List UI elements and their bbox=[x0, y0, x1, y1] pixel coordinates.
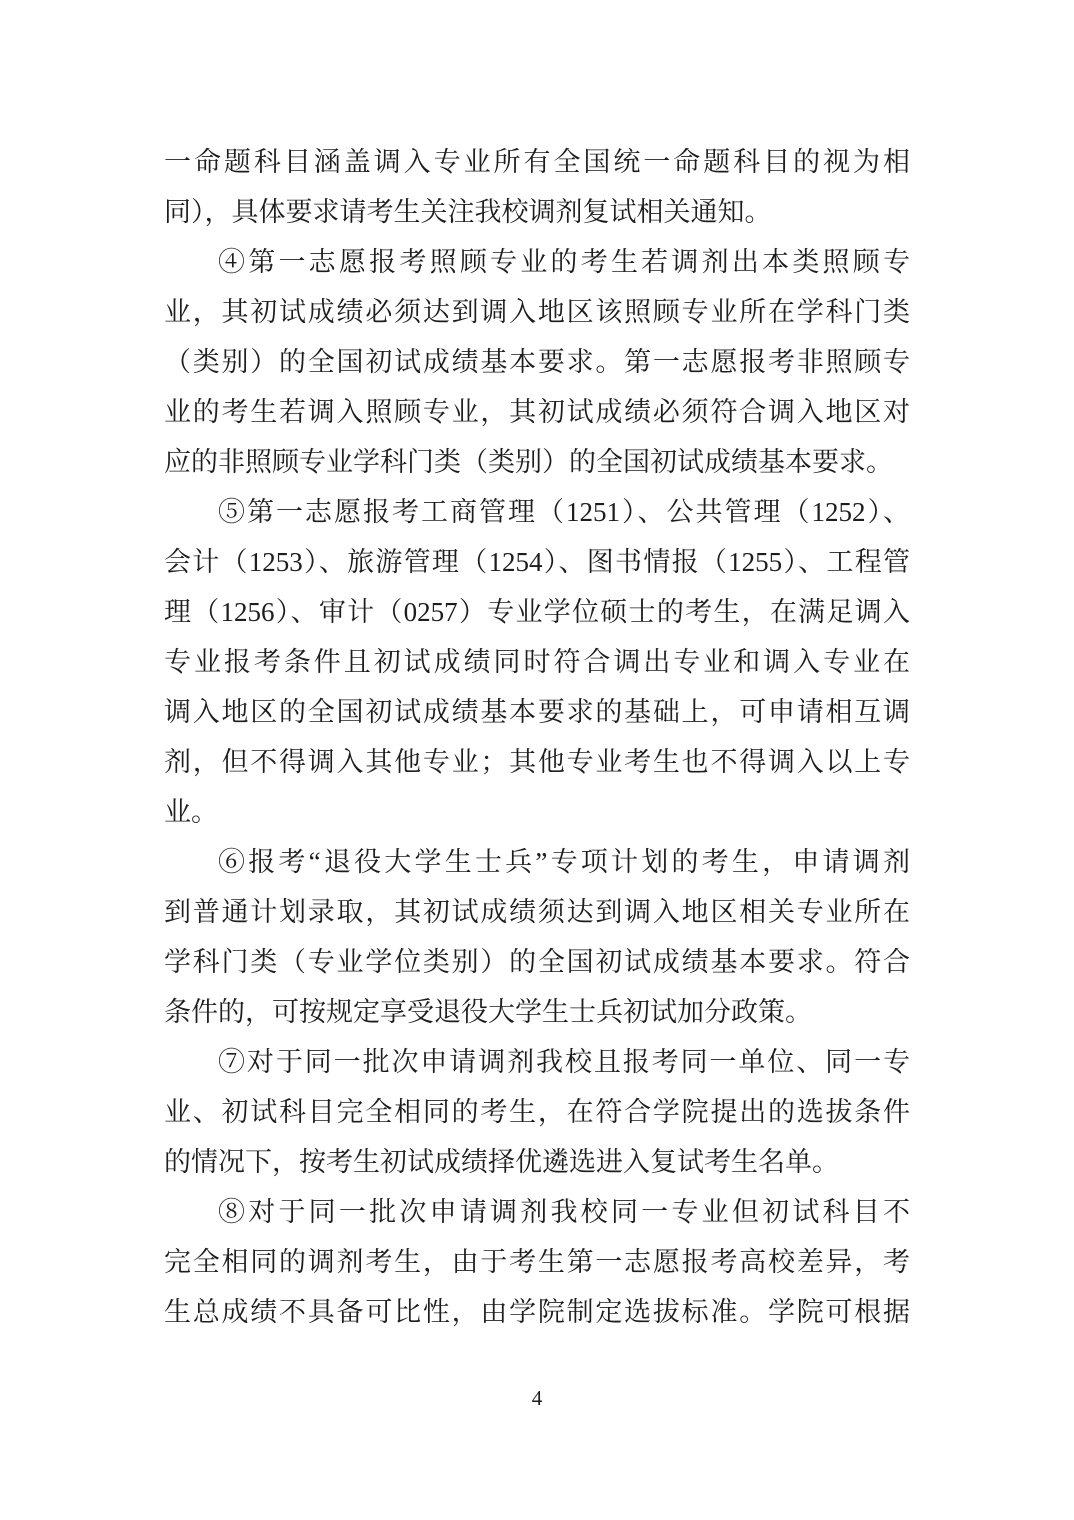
text-line: 条件的，可按规定享受退役大学生士兵初试加分政策。 bbox=[164, 987, 910, 1037]
text-line: 业、初试科目完全相同的考生，在符合学院提出的选拔条件 bbox=[164, 1087, 910, 1137]
text-line: 理（1256）、审计（0257）专业学位硕士的考生，在满足调入 bbox=[164, 587, 910, 637]
text-line: ④第一志愿报考照顾专业的考生若调剂出本类照顾专 bbox=[164, 237, 910, 287]
text-line: 会计（1253）、旅游管理（1254）、图书情报（1255）、工程管 bbox=[164, 537, 910, 587]
document-page: 一命题科目涵盖调入专业所有全国统一命题科目的视为相同），具体要求请考生关注我校调… bbox=[0, 0, 1074, 1520]
text-line: 完全相同的调剂考生，由于考生第一志愿报考高校差异，考 bbox=[164, 1237, 910, 1287]
text-line: 同），具体要求请考生关注我校调剂复试相关通知。 bbox=[164, 187, 910, 237]
body-text: 一命题科目涵盖调入专业所有全国统一命题科目的视为相同），具体要求请考生关注我校调… bbox=[164, 137, 910, 1337]
text-line: 学科门类（专业学位类别）的全国初试成绩基本要求。符合 bbox=[164, 937, 910, 987]
text-line: 应的非照顾专业学科门类（类别）的全国初试成绩基本要求。 bbox=[164, 437, 910, 487]
text-line: 到普通计划录取，其初试成绩须达到调入地区相关专业所在 bbox=[164, 887, 910, 937]
text-line: 业。 bbox=[164, 787, 910, 837]
text-line: 业，其初试成绩必须达到调入地区该照顾专业所在学科门类 bbox=[164, 287, 910, 337]
text-line: 调入地区的全国初试成绩基本要求的基础上，可申请相互调 bbox=[164, 687, 910, 737]
text-line: （类别）的全国初试成绩基本要求。第一志愿报考非照顾专 bbox=[164, 337, 910, 387]
text-line: 剂，但不得调入其他专业；其他专业考生也不得调入以上专 bbox=[164, 737, 910, 787]
text-line: ⑥报考“退役大学生士兵”专项计划的考生，申请调剂 bbox=[164, 837, 910, 887]
text-line: ⑤第一志愿报考工商管理（1251）、公共管理（1252）、 bbox=[164, 487, 910, 537]
text-line: ⑦对于同一批次申请调剂我校且报考同一单位、同一专 bbox=[164, 1037, 910, 1087]
text-line: 业的考生若调入照顾专业，其初试成绩必须符合调入地区对 bbox=[164, 387, 910, 437]
page-number: 4 bbox=[164, 1378, 910, 1418]
text-line: 一命题科目涵盖调入专业所有全国统一命题科目的视为相 bbox=[164, 137, 910, 187]
text-line: ⑧对于同一批次申请调剂我校同一专业但初试科目不 bbox=[164, 1187, 910, 1237]
text-line: 专业报考条件且初试成绩同时符合调出专业和调入专业在 bbox=[164, 637, 910, 687]
text-line: 的情况下，按考生初试成绩择优遴选进入复试考生名单。 bbox=[164, 1137, 910, 1187]
text-line: 生总成绩不具备可比性，由学院制定选拔标准。学院可根据 bbox=[164, 1287, 910, 1337]
